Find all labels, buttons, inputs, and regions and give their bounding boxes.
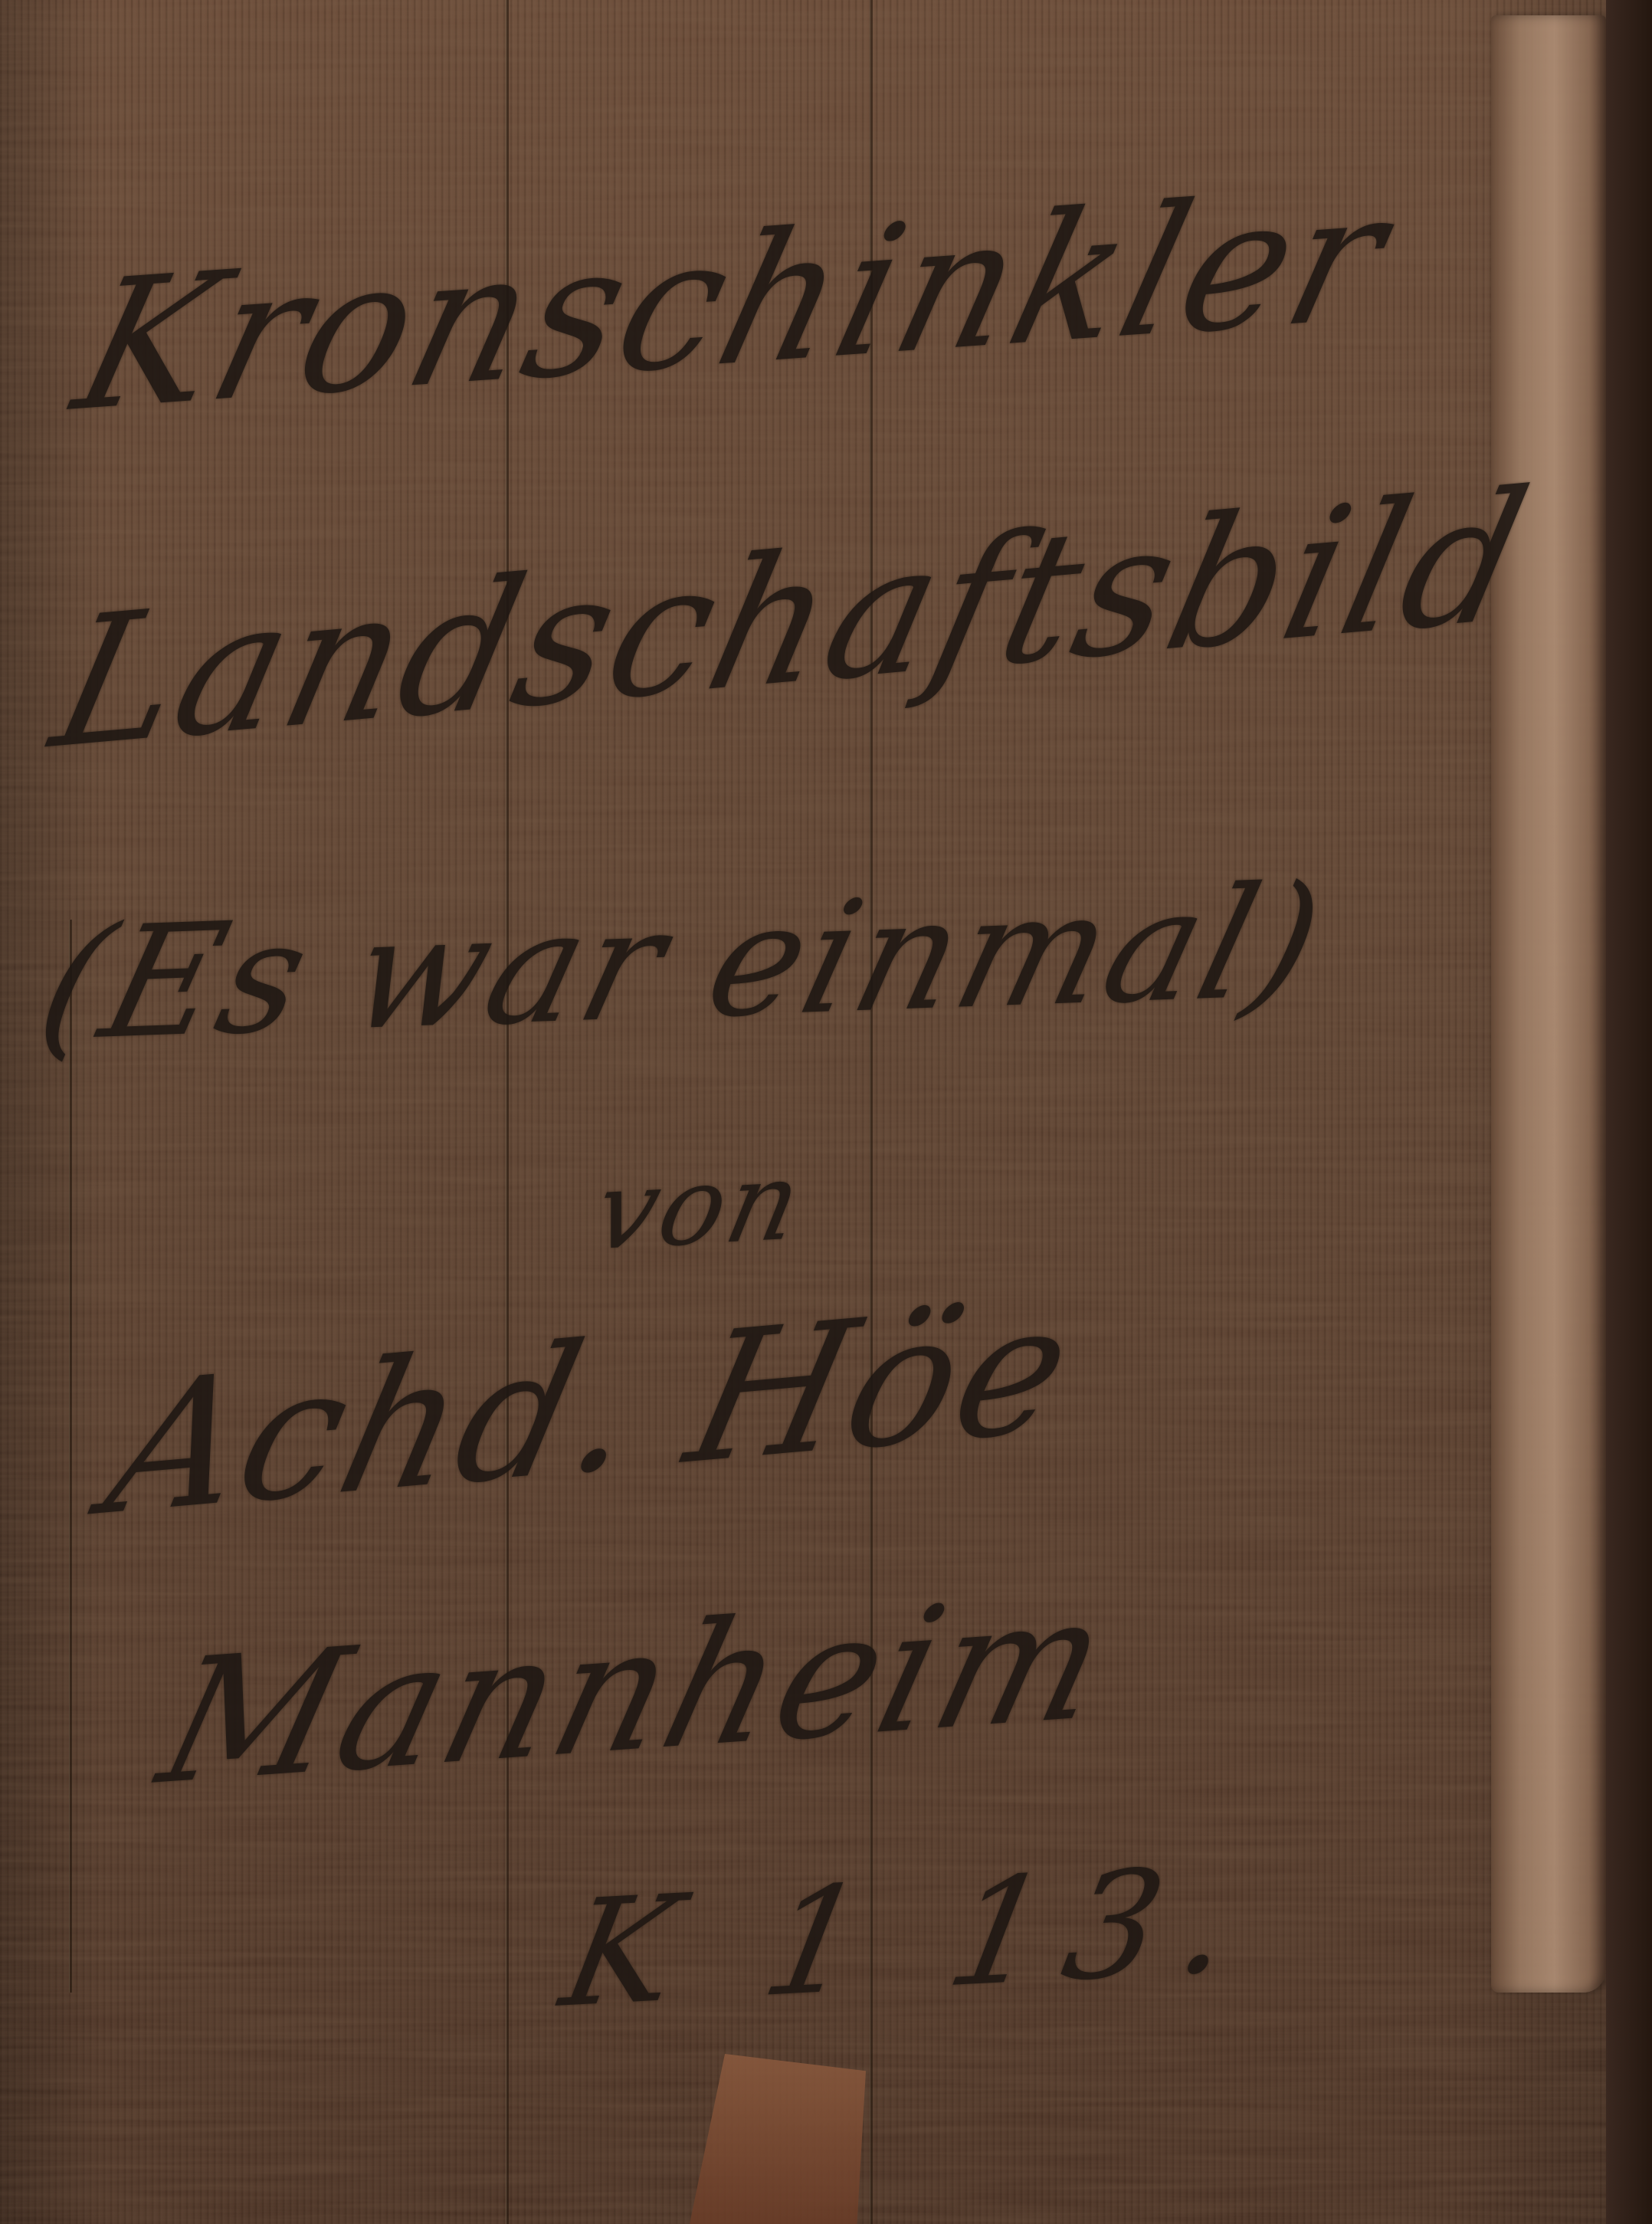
- inscription-line-5: Achd. Höe: [90, 1263, 1091, 1556]
- panel-edge: [1606, 0, 1652, 2224]
- inscription-line-7: K 1 13.: [550, 1833, 1269, 2040]
- inscription-line-1: Kronschinkler: [58, 153, 1407, 452]
- inscription-line-3: (Es war einmal): [24, 851, 1341, 1076]
- inscription-line-2: Landschaftsbild: [37, 452, 1546, 789]
- torn-wood-patch: [690, 2054, 866, 2224]
- inscription-line-6: Mannheim: [143, 1557, 1128, 1822]
- torn-paper-strip: [1491, 15, 1606, 1993]
- wood-crack: [69, 920, 72, 1993]
- inscription-line-4: von: [584, 1138, 814, 1275]
- wooden-panel-photo: Kronschinkler Landschaftsbild (Es war ei…: [0, 0, 1652, 2224]
